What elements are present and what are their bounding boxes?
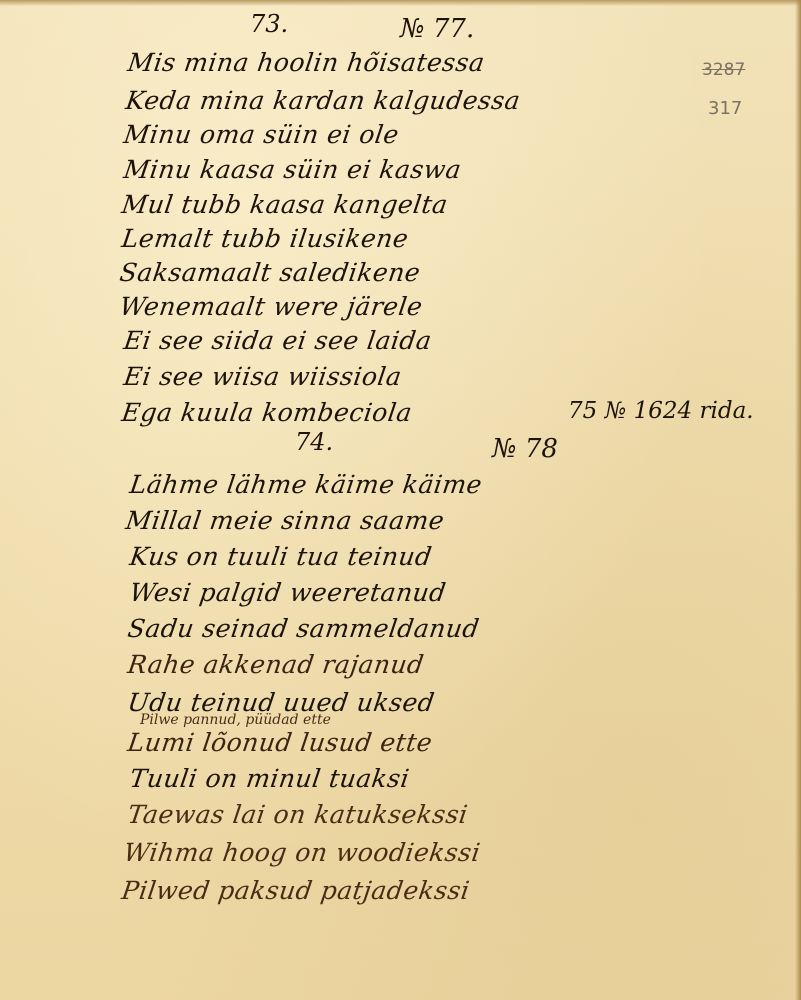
verse-line: Taewas lai on katuksekssi [126, 800, 470, 829]
verse-line: Lumi lõonud lusud ette [126, 728, 434, 757]
song-number: № 77. [400, 14, 474, 44]
verse-line: Millal meie sinna saame [124, 506, 446, 535]
interlinear-insert: Pilwe pannud, püüdad ette [140, 712, 331, 728]
song-index: 73. [250, 10, 288, 38]
verse-line: Wihma hoog on woodiekssi [122, 838, 482, 867]
verse-line: Wesi palgid weeretanud [128, 578, 448, 607]
manuscript-page: 3287 317 73. № 77. Mis mina hoolin hõisa… [0, 0, 801, 1000]
song-index: 74. [295, 428, 333, 456]
verse-line: Mis mina hoolin hõisatessa [126, 48, 487, 77]
verse-line: Minu oma süin ei ole [122, 120, 401, 149]
verse-line: Ega kuula kombeciola [120, 398, 414, 427]
verse-line: Wenemaalt were järele [118, 292, 425, 321]
verse-line: Sadu seinad sammeldanud [126, 614, 481, 643]
verse-line: Kus on tuuli tua teinud [128, 542, 434, 571]
archive-struck-number: 3287 [702, 60, 745, 80]
paper-top-edge [0, 0, 801, 6]
verse-line: Lähme lähme käime käime [128, 470, 484, 499]
verse-line: Saksamaalt saledikene [118, 258, 422, 287]
cross-reference: 75 № 1624 rida. [568, 398, 754, 424]
verse-line: Tuuli on minul tuaksi [128, 764, 411, 793]
verse-line: Ei see wiisa wiissiola [122, 362, 404, 391]
verse-line: Rahe akkenad rajanud [126, 650, 426, 679]
verse-line: Lemalt tubb ilusikene [120, 224, 410, 253]
verse-line: Minu kaasa süin ei kaswa [122, 155, 463, 184]
verse-line: Pilwed paksud patjadekssi [120, 876, 472, 905]
song-number: № 78 [492, 434, 558, 464]
verse-line: Ei see siida ei see laida [122, 326, 434, 355]
archive-page-number: 317 [708, 98, 742, 119]
verse-line: Mul tubb kaasa kangelta [120, 190, 450, 219]
paper-right-edge [795, 0, 801, 1000]
verse-line: Keda mina kardan kalgudessa [124, 86, 522, 115]
